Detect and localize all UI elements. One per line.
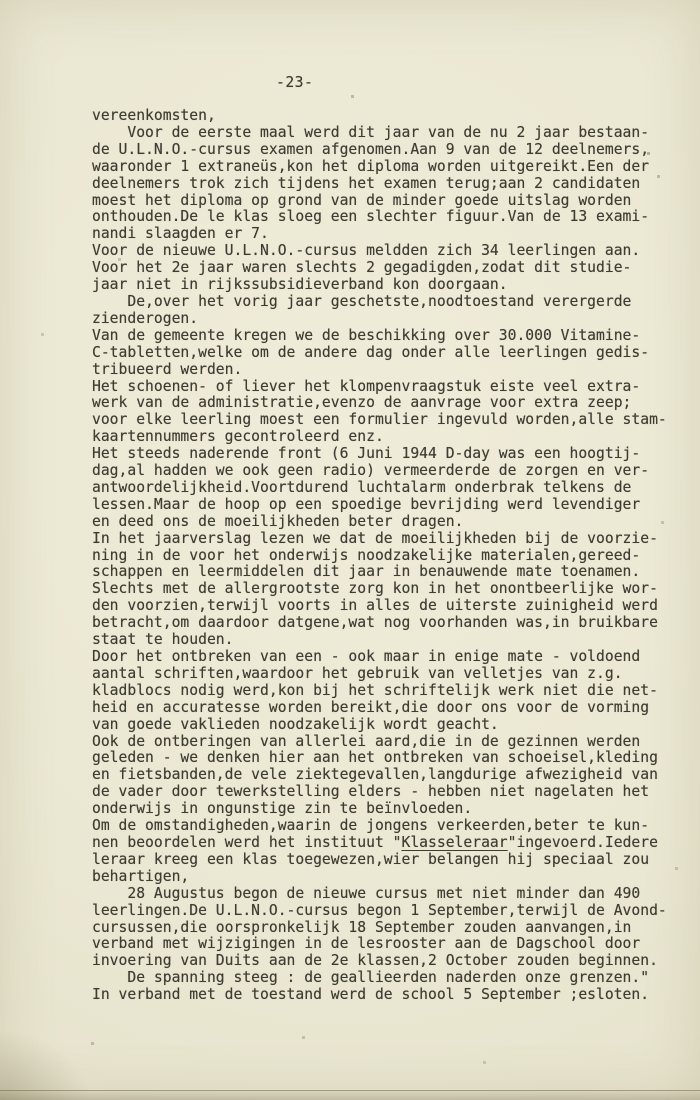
document-body: vereenkomsten, Voor de eerste maal werd … [92, 108, 677, 1004]
text-line: invoering van Duits aan de 2e klassen,2 … [92, 953, 677, 970]
text-line: dag,al hadden we ook geen radio) vermeer… [92, 463, 677, 480]
underlined-word: Klasseleraar [402, 834, 508, 851]
text-line: kaartennummers gecontroleerd enz. [92, 429, 677, 446]
text-line: werk van de administratie,evenzo de aanv… [92, 395, 677, 412]
text-line: Voor de nieuwe U.L.N.O.-cursus meldden z… [92, 243, 677, 260]
text-line: C-tabletten,welke om de andere dag onder… [92, 345, 677, 362]
text-line: antwoordelijkheid.Voortdurend luchtalarm… [92, 480, 677, 497]
text-line: In verband met de toestand werd de schoo… [92, 987, 677, 1004]
text-line: Ook de ontberingen van allerlei aard,die… [92, 734, 677, 751]
text-line: vereenkomsten, [92, 108, 677, 125]
text-line: In het jaarverslag lezen we dat de moeil… [92, 531, 677, 548]
text-line: onderwijs in ongunstige zin te beïnvloed… [92, 801, 677, 818]
text-line: ning in de voor het onderwijs noodzakeli… [92, 548, 677, 565]
text-line: Het steeds naderende front (6 Juni 1944 … [92, 446, 677, 463]
scan-bottom-edge [0, 1090, 700, 1100]
text-line: nandi slaagden er 7. [92, 226, 677, 243]
text-line: onthouden.De le klas sloeg een slechter … [92, 209, 677, 226]
page-number: -23- [276, 74, 313, 91]
text-line: deelnemers trok zich tijdens het examen … [92, 176, 677, 193]
text-line: staat te houden. [92, 632, 677, 649]
text-line: cursussen,die oorspronkelijk 18 Septembe… [92, 920, 677, 937]
text-line: nen beoordelen werd het instituut "Klass… [92, 835, 677, 852]
text-line: lessen.Maar de hoop op een spoedige bevr… [92, 497, 677, 514]
text-line: Voor de eerste maal werd dit jaar van de… [92, 125, 677, 142]
text-line: den voorzien,terwijl voorts in alles de … [92, 598, 677, 615]
text-line: Van de gemeente kregen we de beschikking… [92, 328, 677, 345]
text-line: schappen en leermiddelen dit jaar in ben… [92, 564, 677, 581]
text-line: de U.L.N.O.-cursus examen afgenomen.Aan … [92, 142, 677, 159]
paper-specks [0, 0, 1, 1]
text-line: Voor het 2e jaar waren slechts 2 gegadig… [92, 260, 677, 277]
text-line: Om de omstandigheden,waarin de jongens v… [92, 818, 677, 835]
text-line: leraar kreeg een klas toegewezen,wier be… [92, 852, 677, 869]
text-line: tribueerd werden. [92, 362, 677, 379]
text-line: jaar niet in rijkssubsidieverband kon do… [92, 277, 677, 294]
text-line: aantal schriften,waardoor het gebruik va… [92, 666, 677, 683]
text-line: 28 Augustus begon de nieuwe cursus met n… [92, 886, 677, 903]
text-line: geleden - we denken hier aan het ontbrek… [92, 750, 677, 767]
text-line: moest het diploma op grond van de minder… [92, 193, 677, 210]
text-line: De spanning steeg : de geallieerden nade… [92, 970, 677, 987]
text-line: leerlingen.De U.L.N.O.-cursus begon 1 Se… [92, 903, 677, 920]
text-line: en deed ons de moeilijkheden beter drage… [92, 514, 677, 531]
text-line: verband met wijzigingen in de lesrooster… [92, 936, 677, 953]
text-line: en fietsbanden,de vele ziektegevallen,la… [92, 767, 677, 784]
text-line: behartigen, [92, 869, 677, 886]
text-line: De,over het vorig jaar geschetste,noodto… [92, 294, 677, 311]
text-line: heid en accuratesse worden bereikt,die d… [92, 700, 677, 717]
text-line: de vader door tewerkstelling elders - he… [92, 784, 677, 801]
text-line: betracht,om daardoor datgene,wat nog voo… [92, 615, 677, 632]
text-line: zienderogen. [92, 311, 677, 328]
text-line: van goede vaklieden noodzakelijk wordt g… [92, 717, 677, 734]
text-line: voor elke leerling moest een formulier i… [92, 412, 677, 429]
text-line: Het schoenen- of liever het klompenvraag… [92, 379, 677, 396]
text-line: kladblocs nodig werd,kon bij het schrift… [92, 683, 677, 700]
text-line: waaronder 1 extraneüs,kon het diploma wo… [92, 159, 677, 176]
scanned-page: -23- vereenkomsten, Voor de eerste maal … [0, 0, 700, 1100]
text-line: Door het ontbreken van een - ook maar in… [92, 649, 677, 666]
text-line: Slechts met de allergrootste zorg kon in… [92, 581, 677, 598]
